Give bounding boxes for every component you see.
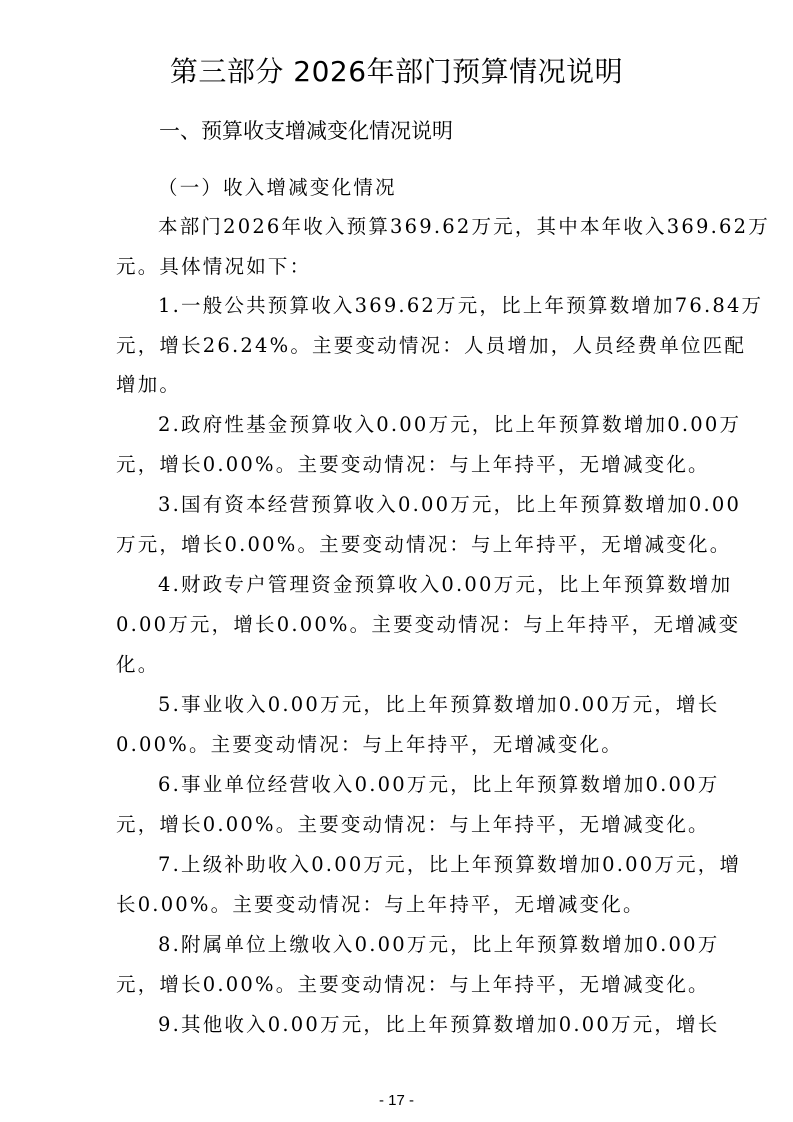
document-page: 第三部分 2026年部门预算情况说明 一、预算收支增减变化情况说明 （一）收入增… (0, 0, 793, 1122)
item-7-line-1: 7.上级补助收入0.00万元，比上年预算数增加0.00万元，增 (158, 851, 741, 879)
item-4-line-3: 化。 (116, 651, 159, 679)
item-6-line-2: 元，增长0.00%。主要变动情况：与上年持平，无增减变化。 (116, 811, 710, 839)
intro-line-1: 本部门2026年收入预算369.62万元，其中本年收入369.62万 (158, 213, 770, 241)
section-heading: 一、预算收支增减变化情况说明 (159, 117, 453, 145)
item-5-line-2: 0.00%。主要变动情况：与上年持平，无增减变化。 (116, 731, 623, 759)
item-4-line-1: 4.财政专户管理资金预算收入0.00万元，比上年预算数增加 (158, 571, 732, 599)
item-8-line-1: 8.附属单位上缴收入0.00万元，比上年预算数增加0.00万 (158, 931, 719, 959)
item-2-line-1: 2.政府性基金预算收入0.00万元，比上年预算数增加0.00万 (158, 411, 741, 439)
item-1-line-1: 1.一般公共预算收入369.62万元，比上年预算数增加76.84万 (158, 292, 763, 320)
item-3-line-2: 万元，增长0.00%。主要变动情况：与上年持平，无增减变化。 (116, 531, 731, 559)
subsection-heading: （一）收入增减变化情况 (158, 174, 397, 202)
item-9-line-1: 9.其他收入0.00万元，比上年预算数增加0.00万元，增长 (158, 1011, 719, 1039)
item-1-line-3: 增加。 (116, 371, 181, 399)
item-3-line-1: 3.国有资本经营预算收入0.00万元，比上年预算数增加0.00 (158, 491, 741, 519)
page-title: 第三部分 2026年部门预算情况说明 (0, 54, 793, 90)
item-4-line-2: 0.00万元，增长0.00%。主要变动情况：与上年持平，无增减变 (116, 611, 740, 639)
item-2-line-2: 元，增长0.00%。主要变动情况：与上年持平，无增减变化。 (116, 451, 710, 479)
item-5-line-1: 5.事业收入0.00万元，比上年预算数增加0.00万元，增长 (158, 691, 719, 719)
item-8-line-2: 元，增长0.00%。主要变动情况：与上年持平，无增减变化。 (116, 971, 710, 999)
page-number: - 17 - (0, 1092, 793, 1110)
item-7-line-2: 长0.00%。主要变动情况：与上年持平，无增减变化。 (116, 891, 645, 919)
item-1-line-2: 元，增长26.24%。主要变动情况：人员增加，人员经费单位匹配 (116, 332, 746, 360)
intro-line-2: 元。具体情况如下： (116, 253, 311, 281)
item-6-line-1: 6.事业单位经营收入0.00万元，比上年预算数增加0.00万 (158, 771, 719, 799)
